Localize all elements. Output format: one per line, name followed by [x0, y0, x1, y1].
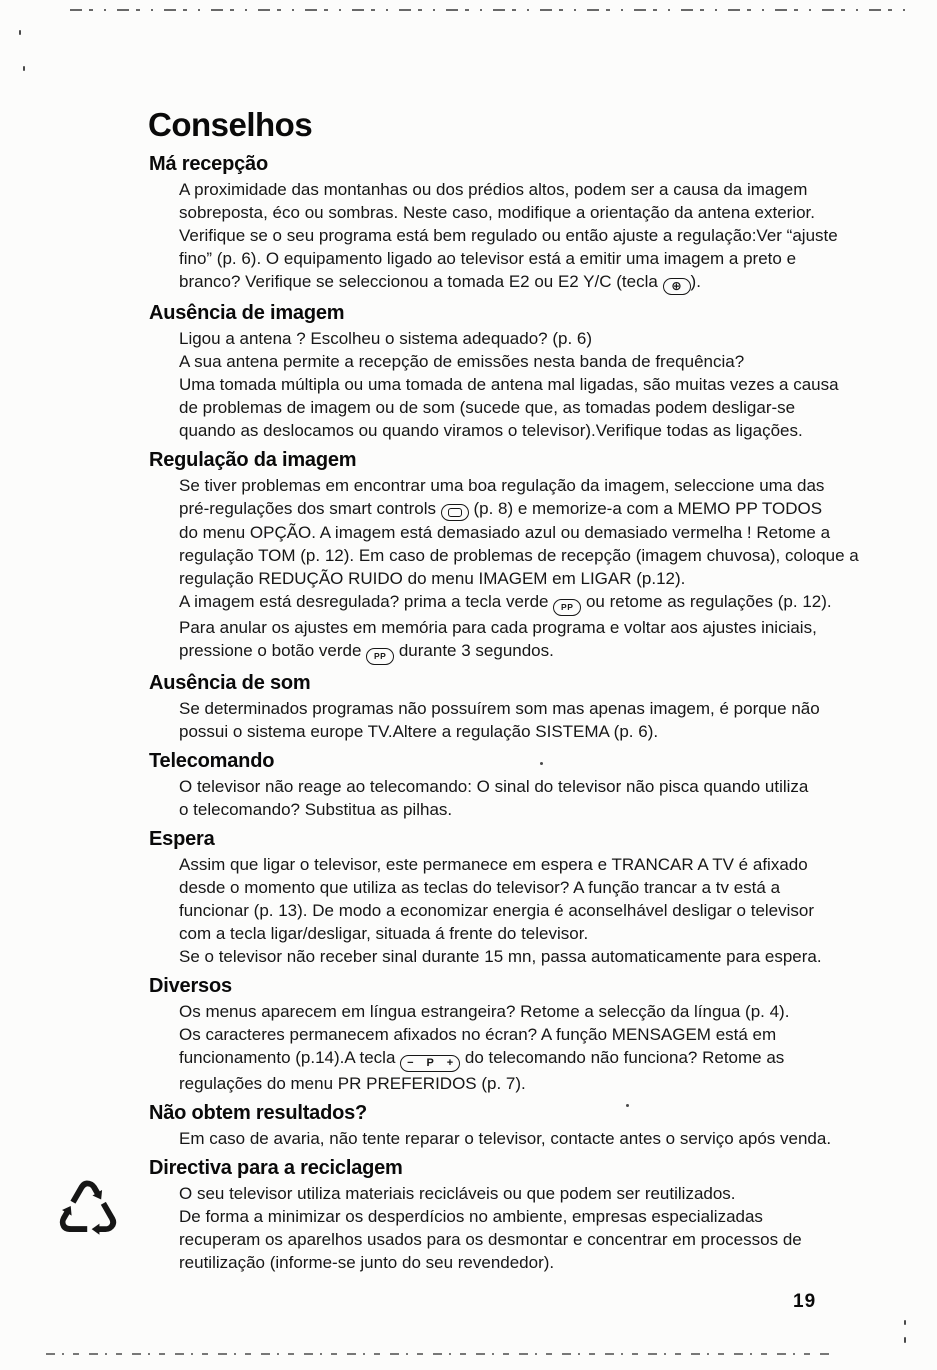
body-line: Se tiver problemas em encontrar uma boa …	[179, 474, 888, 497]
body-line: regulação REDUÇÃO RUIDO do menu IMAGEM e…	[179, 567, 888, 590]
body-text: (p. 8) e memorize-a com a MEMO PP TODOS	[469, 499, 822, 518]
body-line: O seu televisor utiliza materiais recicl…	[179, 1182, 888, 1205]
body-text: reutilização (informe-se junto do seu re…	[179, 1253, 554, 1272]
body-text: Para anular os ajustes em memória para c…	[179, 618, 817, 637]
body-text: do telecomando não funciona? Retome as	[460, 1048, 784, 1067]
body-text: A proximidade das montanhas ou dos prédi…	[179, 180, 807, 199]
section-7: DiversosOs menus aparecem em língua estr…	[148, 974, 888, 1095]
scan-speck	[19, 30, 21, 35]
scan-artifact-top-edge	[70, 9, 916, 11]
body-text: regulação REDUÇÃO RUIDO do menu IMAGEM e…	[179, 569, 685, 588]
section-body: Os menus aparecem em língua estrangeira?…	[179, 1000, 888, 1095]
body-line: funcionar (p. 13). De modo a economizar …	[179, 899, 888, 922]
body-line: De forma a minimizar os desperdícios no …	[179, 1205, 888, 1228]
body-text: do menu OPÇÃO. A imagem está demasiado a…	[179, 523, 830, 542]
body-text: A imagem está desregulada? prima a tecla…	[179, 592, 553, 611]
body-text: recuperam os aparelhos usados para os de…	[179, 1230, 802, 1249]
body-line: recuperam os aparelhos usados para os de…	[179, 1228, 888, 1251]
page-number: 19	[793, 1291, 816, 1313]
page-title: Conselhos	[148, 106, 888, 144]
scan-speck	[23, 66, 25, 71]
body-line: fino” (p. 6). O equipamento ligado ao te…	[179, 247, 888, 270]
body-line: Para anular os ajustes em memória para c…	[179, 616, 888, 639]
body-text: regulações do menu PR PREFERIDOS (p. 7).	[179, 1074, 526, 1093]
section-heading: Má recepção	[149, 152, 888, 176]
body-line: A imagem está desregulada? prima a tecla…	[179, 590, 888, 616]
section-heading: Espera	[149, 827, 888, 851]
body-line: funcionamento (p.14).A tecla −P+ do tele…	[179, 1046, 888, 1072]
section-body: Se determinados programas não possuírem …	[179, 697, 888, 743]
section-6: EsperaAssim que ligar o televisor, este …	[148, 827, 888, 968]
body-line: Verifique se o seu programa está bem reg…	[179, 224, 888, 247]
recycling-icon: ♺	[54, 1172, 122, 1248]
body-text: A sua antena permite a recepção de emiss…	[179, 352, 744, 371]
body-line: pressione o botão verde PP durante 3 seg…	[179, 639, 888, 665]
body-line: pré-regulações dos smart controls (p. 8)…	[179, 497, 888, 521]
body-text: de problemas de imagem ou de som (sucede…	[179, 398, 795, 417]
body-line: possui o sistema europe TV.Altere a regu…	[179, 720, 888, 743]
section-2: Ausência de imagemLigou a antena ? Escol…	[148, 301, 888, 442]
section-heading: Ausência de imagem	[149, 301, 888, 325]
body-text: O televisor não reage ao telecomando: O …	[179, 777, 808, 796]
body-text: Ligou a antena ? Escolheu o sistema adeq…	[179, 329, 592, 348]
body-line: reutilização (informe-se junto do seu re…	[179, 1251, 888, 1274]
section-body: A proximidade das montanhas ou dos prédi…	[179, 178, 888, 295]
section-body: Assim que ligar o televisor, este perman…	[179, 853, 888, 968]
body-text: Uma tomada múltipla ou uma tomada de ant…	[179, 375, 839, 394]
body-text: Verifique se o seu programa está bem reg…	[179, 226, 838, 245]
page-content: Conselhos Má recepçãoA proximidade das m…	[148, 106, 888, 1274]
section-9: Directiva para a reciclagemO seu televis…	[148, 1156, 888, 1274]
scan-speck	[904, 1337, 906, 1343]
body-text: funcionar (p. 13). De modo a economizar …	[179, 901, 814, 920]
pp-key-icon: PP	[553, 599, 581, 616]
body-text: De forma a minimizar os desperdícios no …	[179, 1207, 763, 1226]
body-line: A sua antena permite a recepção de emiss…	[179, 350, 888, 373]
smart-controls-key-icon	[441, 504, 469, 521]
body-text: sobreposta, éco ou sombras. Neste caso, …	[179, 203, 815, 222]
body-line: Uma tomada múltipla ou uma tomada de ant…	[179, 373, 888, 396]
body-line: Os caracteres permanecem afixados no écr…	[179, 1023, 888, 1046]
body-text: branco? Verifique se seleccionou a tomad…	[179, 272, 663, 291]
section-body: Ligou a antena ? Escolheu o sistema adeq…	[179, 327, 888, 442]
body-text: Em caso de avaria, não tente reparar o t…	[179, 1129, 831, 1148]
section-body: O televisor não reage ao telecomando: O …	[179, 775, 888, 821]
key-part: −	[407, 1058, 413, 1069]
body-text: o telecomando? Substitua as pilhas.	[179, 800, 452, 819]
body-line: do menu OPÇÃO. A imagem está demasiado a…	[179, 521, 888, 544]
scan-speck	[904, 1320, 906, 1325]
body-line: Se determinados programas não possuírem …	[179, 697, 888, 720]
body-text: Os menus aparecem em língua estrangeira?…	[179, 1002, 789, 1021]
av-source-key-icon: ⊕	[663, 278, 691, 295]
body-line: Assim que ligar o televisor, este perman…	[179, 853, 888, 876]
section-heading: Regulação da imagem	[149, 448, 888, 472]
body-line: de problemas de imagem ou de som (sucede…	[179, 396, 888, 419]
body-line: o telecomando? Substitua as pilhas.	[179, 798, 888, 821]
section-heading: Diversos	[149, 974, 888, 998]
body-text: pré-regulações dos smart controls	[179, 499, 441, 518]
body-line: O televisor não reage ao telecomando: O …	[179, 775, 888, 798]
body-text: funcionamento (p.14).A tecla	[179, 1048, 400, 1067]
body-line: Se o televisor não receber sinal durante…	[179, 945, 888, 968]
key-inner-shape	[448, 508, 462, 517]
program-key-icon: −P+	[400, 1055, 460, 1072]
body-text: durante 3 segundos.	[394, 641, 554, 660]
section-5: TelecomandoO televisor não reage ao tele…	[148, 749, 888, 821]
section-body: O seu televisor utiliza materiais recicl…	[179, 1182, 888, 1274]
sections: Má recepçãoA proximidade das montanhas o…	[148, 152, 888, 1274]
body-text: ).	[691, 272, 701, 291]
pp-key-icon: PP	[366, 648, 394, 665]
body-line: Em caso de avaria, não tente reparar o t…	[179, 1127, 888, 1150]
body-text: desde o momento que utiliza as teclas do…	[179, 878, 780, 897]
body-text: quando as deslocamos ou quando viramos o…	[179, 421, 803, 440]
body-text: Os caracteres permanecem afixados no écr…	[179, 1025, 776, 1044]
body-text: possui o sistema europe TV.Altere a regu…	[179, 722, 658, 741]
section-8: Não obtem resultados?Em caso de avaria, …	[148, 1101, 888, 1150]
body-text: com a tecla ligar/desligar, situada á fr…	[179, 924, 588, 943]
section-heading: Directiva para a reciclagem	[149, 1156, 888, 1180]
section-heading: Telecomando	[149, 749, 888, 773]
body-text: pressione o botão verde	[179, 641, 366, 660]
body-text: Se determinados programas não possuírem …	[179, 699, 820, 718]
section-body: Se tiver problemas em encontrar uma boa …	[179, 474, 888, 665]
key-part: +	[447, 1058, 453, 1069]
section-1: Má recepçãoA proximidade das montanhas o…	[148, 152, 888, 295]
body-line: Os menus aparecem em língua estrangeira?…	[179, 1000, 888, 1023]
body-text: Assim que ligar o televisor, este perman…	[179, 855, 808, 874]
body-text: ou retome as regulações (p. 12).	[581, 592, 831, 611]
body-text: fino” (p. 6). O equipamento ligado ao te…	[179, 249, 796, 268]
body-line: quando as deslocamos ou quando viramos o…	[179, 419, 888, 442]
body-text: O seu televisor utiliza materiais recicl…	[179, 1184, 736, 1203]
section-3: Regulação da imagemSe tiver problemas em…	[148, 448, 888, 665]
section-body: Em caso de avaria, não tente reparar o t…	[179, 1127, 888, 1150]
body-line: com a tecla ligar/desligar, situada á fr…	[179, 922, 888, 945]
section-4: Ausência de somSe determinados programas…	[148, 671, 888, 743]
body-line: branco? Verifique se seleccionou a tomad…	[179, 270, 888, 295]
body-line: desde o momento que utiliza as teclas do…	[179, 876, 888, 899]
body-line: regulações do menu PR PREFERIDOS (p. 7).	[179, 1072, 888, 1095]
body-text: regulação TOM (p. 12). Em caso de proble…	[179, 546, 859, 565]
body-line: regulação TOM (p. 12). Em caso de proble…	[179, 544, 888, 567]
body-line: A proximidade das montanhas ou dos prédi…	[179, 178, 888, 201]
section-heading: Não obtem resultados?	[149, 1101, 888, 1125]
manual-page: Conselhos Má recepçãoA proximidade das m…	[0, 0, 937, 1370]
body-line: sobreposta, éco ou sombras. Neste caso, …	[179, 201, 888, 224]
scan-artifact-bottom-edge	[46, 1353, 829, 1355]
body-text: Se tiver problemas em encontrar uma boa …	[179, 476, 824, 495]
key-part: P	[426, 1058, 433, 1069]
section-heading: Ausência de som	[149, 671, 888, 695]
body-text: Se o televisor não receber sinal durante…	[179, 947, 822, 966]
body-line: Ligou a antena ? Escolheu o sistema adeq…	[179, 327, 888, 350]
